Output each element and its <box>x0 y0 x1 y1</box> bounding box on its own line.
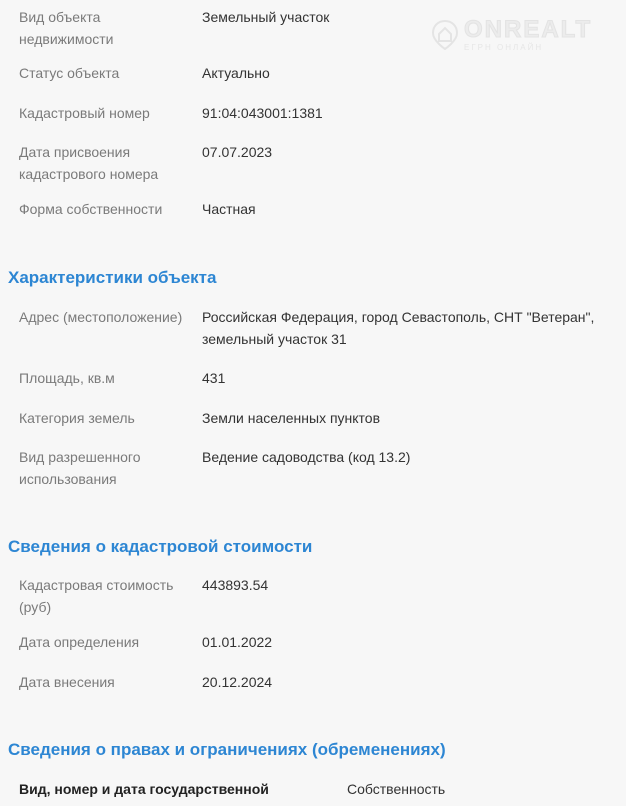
row-label: Форма собственности <box>0 198 202 220</box>
row-value: Ведение садоводства (код 13.2) <box>202 446 626 490</box>
row-address: Адрес (местоположение) Российская Федера… <box>0 306 626 367</box>
row-cadastral-number: Кадастровый номер 91:04:043001:1381 <box>0 102 626 141</box>
row-determination-date: Дата определения 01.01.2022 <box>0 631 626 671</box>
row-label: Адрес (местоположение) <box>0 306 202 367</box>
row-value: 01.01.2022 <box>202 631 626 671</box>
row-label: Вид, номер и дата государственной <box>0 778 347 800</box>
row-label: Площадь, кв.м <box>0 367 202 407</box>
row-entry-date: Дата внесения 20.12.2024 <box>0 671 626 693</box>
row-rights-type: Вид, номер и дата государственной Собств… <box>0 778 626 800</box>
row-permitted-use: Вид разрешенного использования Ведение с… <box>0 446 626 490</box>
characteristics-section: Характеристики объекта Адрес (местополож… <box>0 220 626 490</box>
row-label: Категория земель <box>0 407 202 446</box>
section-heading: Характеристики объекта <box>0 267 626 289</box>
cadastral-value-section: Сведения о кадастровой стоимости Кадастр… <box>0 490 626 693</box>
row-label: Статус объекта <box>0 62 202 102</box>
row-value: 443893.54 <box>202 574 626 631</box>
row-label: Дата присвоения кадастрового номера <box>0 141 202 198</box>
row-value: Собственность <box>347 778 445 800</box>
row-value: 20.12.2024 <box>202 671 626 693</box>
row-value: Актуально <box>202 62 626 102</box>
section-heading: Сведения о правах и ограничениях (обреме… <box>0 739 626 761</box>
row-value: Земли населенных пунктов <box>202 407 626 446</box>
row-value: Частная <box>202 198 626 220</box>
row-value: Российская Федерация, город Севастополь,… <box>202 306 626 367</box>
row-value: 91:04:043001:1381 <box>202 102 626 141</box>
row-label: Вид объекта недвижимости <box>0 6 202 62</box>
row-label: Дата внесения <box>0 671 202 693</box>
row-cadastral-value: Кадастровая стоимость (руб) 443893.54 <box>0 574 626 631</box>
rights-section: Сведения о правах и ограничениях (обреме… <box>0 693 626 800</box>
row-assignment-date: Дата присвоения кадастрового номера 07.0… <box>0 141 626 198</box>
row-object-type: Вид объекта недвижимости Земельный участ… <box>0 6 626 62</box>
row-label: Кадастровая стоимость (руб) <box>0 574 202 631</box>
general-section: Вид объекта недвижимости Земельный участ… <box>0 0 626 220</box>
section-heading: Сведения о кадастровой стоимости <box>0 536 626 558</box>
row-area: Площадь, кв.м 431 <box>0 367 626 407</box>
row-ownership-form: Форма собственности Частная <box>0 198 626 220</box>
row-label: Дата определения <box>0 631 202 671</box>
row-label: Кадастровый номер <box>0 102 202 141</box>
row-value: Земельный участок <box>202 6 626 62</box>
row-land-category: Категория земель Земли населенных пункто… <box>0 407 626 446</box>
row-label: Вид разрешенного использования <box>0 446 202 490</box>
row-object-status: Статус объекта Актуально <box>0 62 626 102</box>
row-value: 431 <box>202 367 626 407</box>
row-value: 07.07.2023 <box>202 141 626 198</box>
